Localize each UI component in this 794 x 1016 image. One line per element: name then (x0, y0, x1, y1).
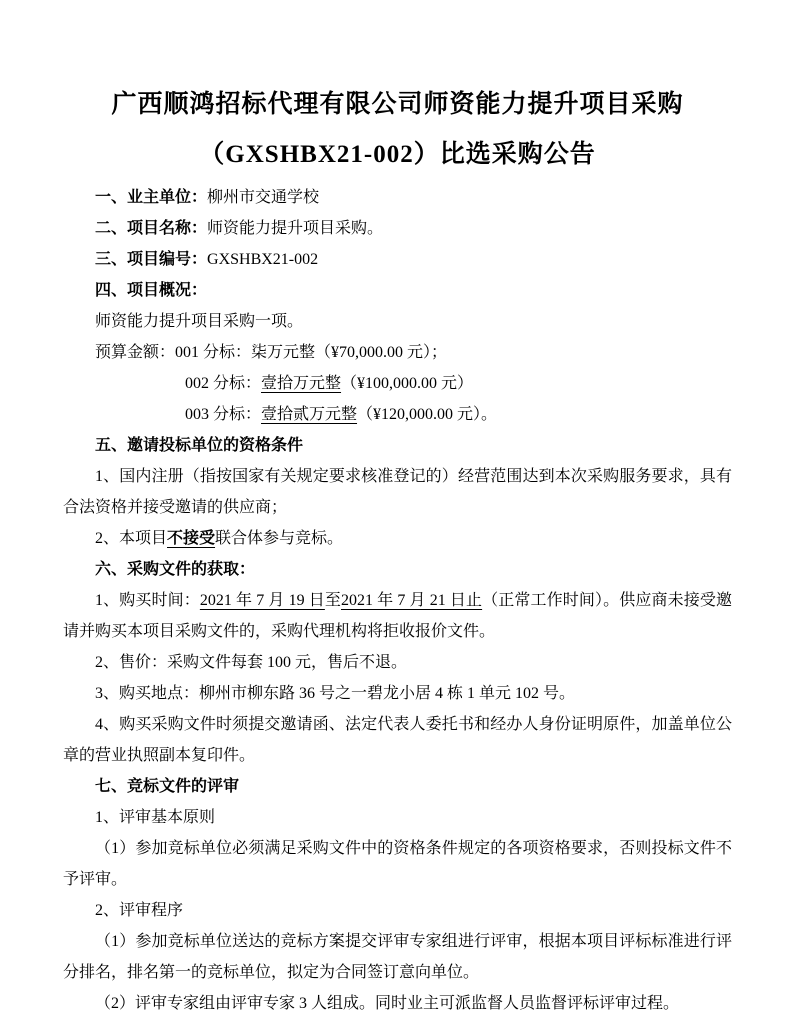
document-page: 广西顺鸿招标代理有限公司师资能力提升项目采购 （GXSHBX21-002）比选采… (0, 0, 794, 1016)
acquisition-time-to: 2021 年 7 月 21 日止 (341, 592, 482, 609)
acquisition-requirement: 4、购买采购文件时须提交邀请函、法定代表人委托书和经办人身份证明原件，加盖单位公… (63, 709, 732, 771)
section-evaluation-heading: 七、竞标文件的评审 (63, 771, 732, 802)
qualification-item-2: 2、本项目不接受联合体参与竞标。 (63, 523, 732, 554)
lot3-amount: 壹拾贰万元整 (261, 406, 357, 423)
lot2-amount: 壹拾万元整 (261, 375, 341, 392)
field-project-name-value: 师资能力提升项目采购。 (207, 220, 383, 237)
field-owner: 一、业主单位：柳州市交通学校 (63, 182, 732, 213)
field-project-number-label: 三、项目编号： (95, 251, 207, 268)
field-owner-value: 柳州市交通学校 (207, 189, 319, 206)
qualification-item-2-pre: 2、本项目 (95, 530, 167, 547)
evaluation-procedure-item-1: （1）参加竞标单位送达的竞标方案提交评审专家组进行评审，根据本项目评标标准进行评… (63, 926, 732, 988)
lot3-prefix: 003 分标： (185, 406, 261, 423)
doc-title-line1: 广西顺鸿招标代理有限公司师资能力提升项目采购 (63, 80, 732, 130)
acquisition-time-label: 1、购买时间： (95, 592, 200, 609)
field-owner-label: 一、业主单位： (95, 189, 207, 206)
field-project-name-label: 二、项目名称： (95, 220, 207, 237)
budget-line-lot2: 002 分标：壹拾万元整（¥100,000.00 元） (63, 368, 732, 399)
budget-line-lot1: 预算金额：001 分标：柒万元整（¥70,000.00 元）； (63, 337, 732, 368)
qualification-item-2-emphasis: 不接受 (167, 530, 215, 547)
qualification-item-2-post: 联合体参与竞标。 (215, 530, 343, 547)
lot1-prefix: 001 分标： (175, 344, 251, 361)
lot2-detail: （¥100,000.00 元） (341, 375, 473, 392)
acquisition-time: 1、购买时间：2021 年 7 月 19 日至2021 年 7 月 21 日止（… (63, 585, 732, 647)
section-overview-heading: 四、项目概况： (63, 275, 732, 306)
budget-label: 预算金额： (95, 344, 175, 361)
evaluation-procedure-item-2: （2）评审专家组由评审专家 3 人组成。同时业主可派监督人员监督评标评审过程。 (63, 988, 732, 1016)
field-project-number-value: GXSHBX21-002 (207, 251, 318, 268)
field-project-number: 三、项目编号：GXSHBX21-002 (63, 244, 732, 275)
section-qualification-heading: 五、邀请投标单位的资格条件 (63, 430, 732, 461)
lot1-amount: 柒万元整 (251, 344, 315, 361)
evaluation-procedure-heading: 2、评审程序 (63, 895, 732, 926)
acquisition-place: 3、购买地点：柳州市柳东路 36 号之一碧龙小居 4 栋 1 单元 102 号。 (63, 678, 732, 709)
field-project-name: 二、项目名称：师资能力提升项目采购。 (63, 213, 732, 244)
qualification-item-1: 1、国内注册（指按国家有关规定要求核准登记的）经营范围达到本次采购服务要求，具有… (63, 461, 732, 523)
overview-body: 师资能力提升项目采购一项。 (63, 306, 732, 337)
acquisition-time-mid: 至 (325, 592, 341, 609)
doc-title: 广西顺鸿招标代理有限公司师资能力提升项目采购 （GXSHBX21-002）比选采… (63, 80, 732, 180)
evaluation-principle-heading: 1、评审基本原则 (63, 802, 732, 833)
lot1-detail: （¥70,000.00 元）； (315, 344, 447, 361)
budget-line-lot3: 003 分标：壹拾贰万元整（¥120,000.00 元）。 (63, 399, 732, 430)
evaluation-principle-item-1: （1）参加竞标单位必须满足采购文件中的资格条件规定的各项资格要求，否则投标文件不… (63, 833, 732, 895)
lot2-prefix: 002 分标： (185, 375, 261, 392)
section-acquisition-heading: 六、采购文件的获取： (63, 554, 732, 585)
acquisition-price: 2、售价：采购文件每套 100 元，售后不退。 (63, 647, 732, 678)
lot3-detail: （¥120,000.00 元）。 (357, 406, 497, 423)
acquisition-time-from: 2021 年 7 月 19 日 (200, 592, 325, 609)
doc-title-line2: （GXSHBX21-002）比选采购公告 (63, 130, 732, 180)
